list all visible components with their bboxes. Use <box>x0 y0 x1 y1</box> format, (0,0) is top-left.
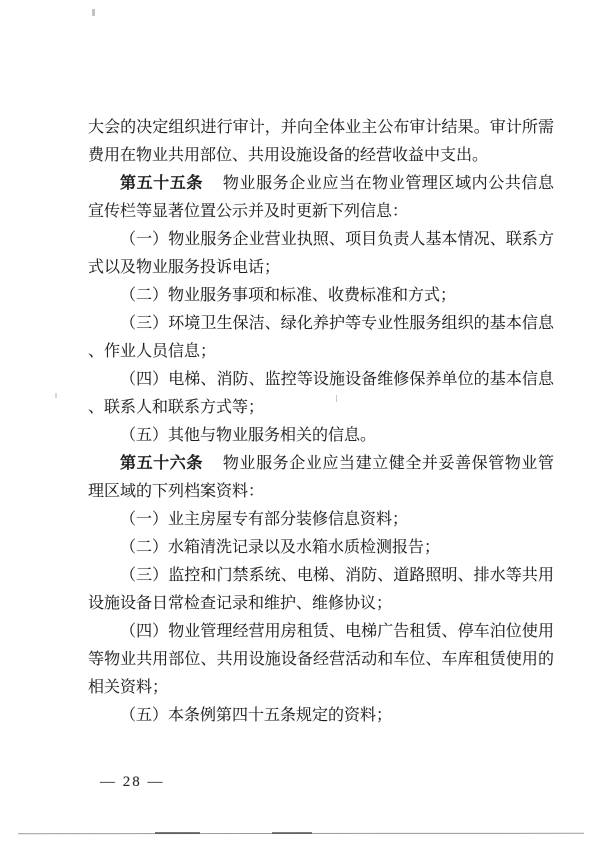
list-item-paragraph: （四）电梯、消防、监控等设施设备维修保养单位的基本信息、联系人和联系方式等； <box>88 366 554 422</box>
list-item-paragraph: （一）业主房屋专有部分装修信息资料； <box>88 506 554 534</box>
paragraph: 大会的决定组织进行审计，并向全体业主公布审计结果。审计所需费用在物业共用部位、共… <box>88 114 554 170</box>
paragraph-text: （四）物业管理经营用房租赁、电梯广告租赁、停车泊位使用等物业共用部位、共用设施设… <box>88 623 554 696</box>
paragraph-text: （五）其他与物业服务相关的信息。 <box>120 427 376 444</box>
article-number: 第五十五条 <box>120 175 203 192</box>
scan-speck-artifact <box>92 9 95 16</box>
list-item-paragraph: （四）物业管理经营用房租赁、电梯广告租赁、停车泊位使用等物业共用部位、共用设施设… <box>88 618 554 702</box>
article-number: 第五十六条 <box>120 455 203 472</box>
document-page: 大会的决定组织进行审计，并向全体业主公布审计结果。审计所需费用在物业共用部位、共… <box>0 0 596 843</box>
page-number: — 28 — <box>100 774 165 791</box>
list-item-paragraph: （五）本条例第四十五条规定的资料； <box>88 702 554 730</box>
paragraph-text: （二）水箱清洗记录以及水箱水质检测报告； <box>120 539 440 556</box>
article-55-paragraph: 第五十五条物业服务企业应当在物业管理区域内公共信息宣传栏等显著位置公示并及时更新… <box>88 170 554 226</box>
scan-edge-line-artifact <box>272 832 312 834</box>
article-56-paragraph: 第五十六条物业服务企业应当建立健全并妥善保管物业管理区域的下列档案资料： <box>88 450 554 506</box>
paragraph-text: （五）本条例第四十五条规定的资料； <box>120 707 392 724</box>
paragraph-text: （四）电梯、消防、监控等设施设备维修保养单位的基本信息、联系人和联系方式等； <box>88 371 554 416</box>
list-item-paragraph: （五）其他与物业服务相关的信息。 <box>88 422 554 450</box>
scan-speck-artifact <box>55 393 57 398</box>
paragraph-text: （一）物业服务企业营业执照、项目负责人基本情况、联系方式以及物业服务投诉电话； <box>88 231 554 276</box>
paragraph-text: （三）监控和门禁系统、电梯、消防、道路照明、排水等共用设施设备日常检查记录和维护… <box>88 567 554 612</box>
list-item-paragraph: （二）水箱清洗记录以及水箱水质检测报告； <box>88 534 554 562</box>
paragraph-text: 大会的决定组织进行审计，并向全体业主公布审计结果。审计所需费用在物业共用部位、共… <box>88 119 554 164</box>
list-item-paragraph: （一）物业服务企业营业执照、项目负责人基本情况、联系方式以及物业服务投诉电话； <box>88 226 554 282</box>
document-text-block: 大会的决定组织进行审计，并向全体业主公布审计结果。审计所需费用在物业共用部位、共… <box>88 114 554 730</box>
list-item-paragraph: （三）环境卫生保洁、绿化养护等专业性服务组织的基本信息、作业人员信息； <box>88 310 554 366</box>
scan-edge-line-artifact <box>155 832 200 834</box>
paragraph-text: （一）业主房屋专有部分装修信息资料； <box>120 511 408 528</box>
list-item-paragraph: （三）监控和门禁系统、电梯、消防、道路照明、排水等共用设施设备日常检查记录和维护… <box>88 562 554 618</box>
paragraph-text: （二）物业服务事项和标准、收费标准和方式； <box>120 287 456 304</box>
paragraph-text: （三）环境卫生保洁、绿化养护等专业性服务组织的基本信息、作业人员信息； <box>88 315 554 360</box>
list-item-paragraph: （二）物业服务事项和标准、收费标准和方式； <box>88 282 554 310</box>
